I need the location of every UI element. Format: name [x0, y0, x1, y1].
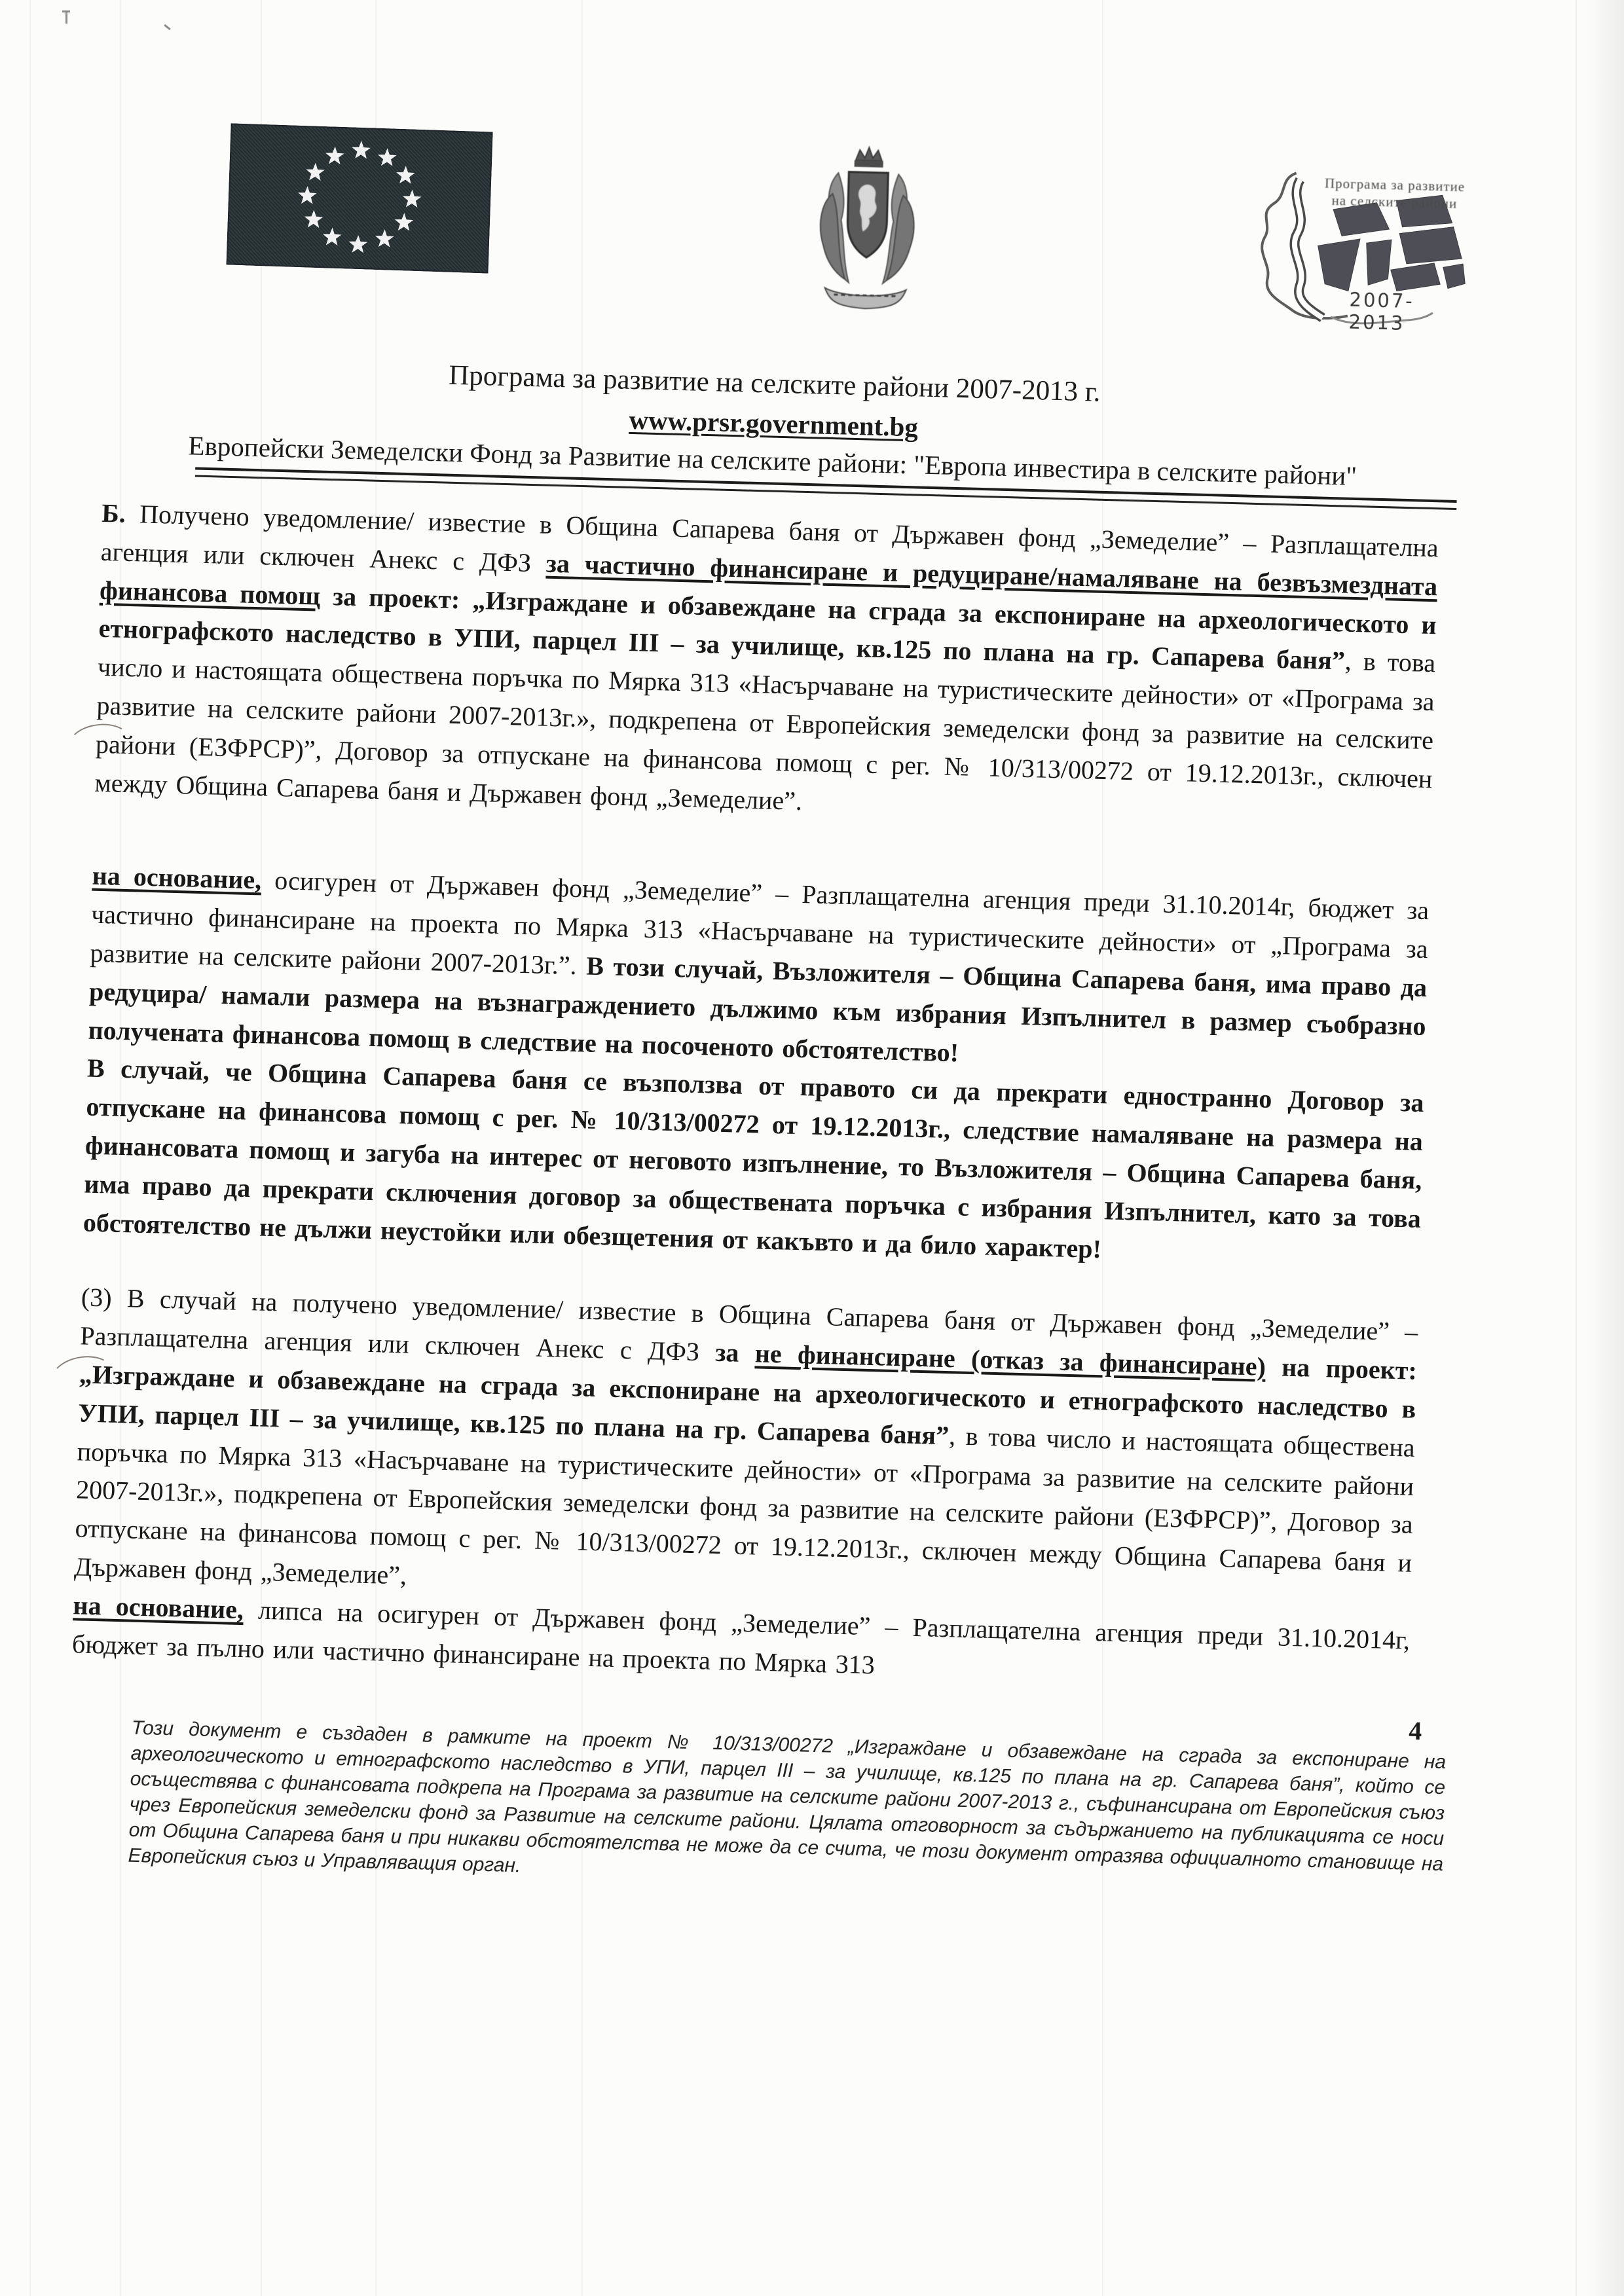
paragraph-b: Б. Получено уведомление/ известие в Общи…: [94, 494, 1439, 837]
prsr-logo-years: 2007-2013: [1348, 289, 1469, 337]
scan-streak: [1576, 0, 1577, 2296]
paragraph-3: (3) В случай на получено уведомление/ из…: [73, 1279, 1418, 1622]
osnovanie-1-lead: на основание,: [92, 861, 262, 895]
paragraph-3-pre-emphasis: за: [715, 1338, 756, 1368]
logo-row: Програма за развитие на селските райони …: [91, 96, 1467, 367]
prsr-program-logo: Програма за развитие на селските райони …: [1232, 160, 1472, 336]
paragraph-v-sluchay: В случай, че Община Сапарева баня се въз…: [83, 1049, 1424, 1277]
footer-disclaimer: Този документ е създаден в рамките на пр…: [128, 1715, 1446, 1903]
osnovanie-2-lead: на основание,: [73, 1590, 244, 1624]
paragraph-b-label: Б.: [101, 498, 126, 528]
scan-streak: [29, 0, 31, 2296]
paragraph-osnovanie-1: на основание, осигурен от Държавен фонд …: [88, 857, 1430, 1084]
document-content: Програма за развитие на селските райони …: [50, 96, 1466, 1902]
scan-speck: [65, 12, 67, 24]
scan-speck: [164, 24, 171, 30]
paragraph-3-rest: , в това число и настоящата обществена п…: [74, 1421, 1416, 1590]
eu-flag-icon: [227, 123, 493, 273]
v-sluchay-emphasis: В случай, че Община Сапарева баня се въз…: [83, 1053, 1424, 1264]
scan-speck: [62, 10, 70, 12]
scanned-document-page: Програма за развитие на селските райони …: [0, 0, 1624, 2296]
paragraph-3-emphasis-underline: не финансиране (отказ за финансиране): [754, 1339, 1266, 1381]
eu-stars-circle: [227, 123, 493, 273]
document-body: Б. Получено уведомление/ известие в Общи…: [71, 494, 1439, 1698]
page-edge-shadow: [1586, 0, 1624, 2296]
bulgarian-coat-of-arms-icon: [795, 141, 938, 322]
